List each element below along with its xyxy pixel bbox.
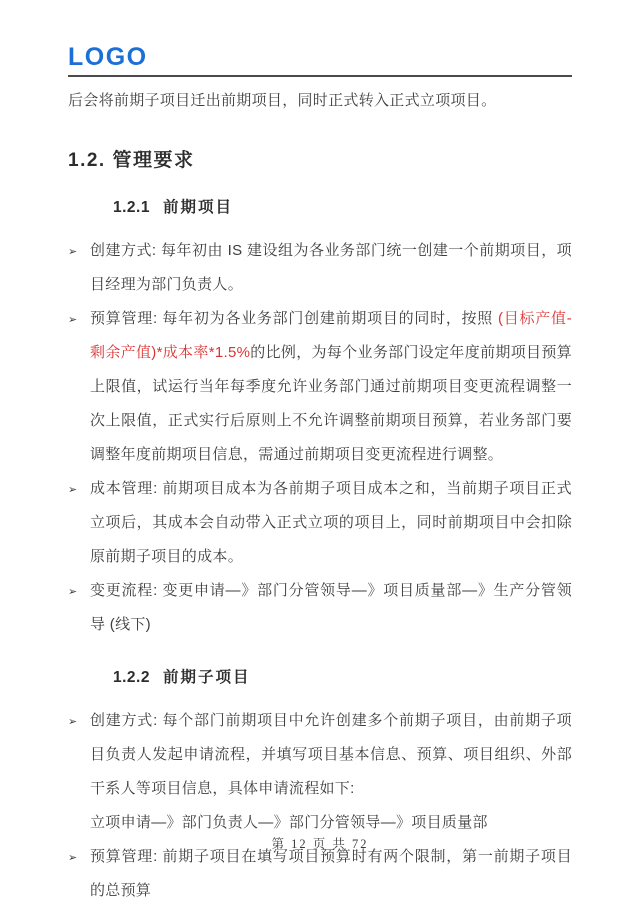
arrow-bullet-icon: ➢ [68,473,78,507]
arrow-bullet-icon: ➢ [68,235,78,269]
arrow-bullet-icon: ➢ [68,575,78,609]
bullet-text: 变更流程: 变更申请—》部门分管领导—》项目质量部—》生产分管领导 (线下) [90,582,572,633]
logo-text: LOGO [68,44,572,70]
bullet-list-1-2-1: ➢ 创建方式: 每年初由 IS 建设组为各业务部门统一创建一个前期项目，项目经理… [68,234,572,642]
intro-paragraph: 后会将前期子项目迁出前期项目，同时正式转入正式立项项目。 [68,84,572,118]
subsection-heading-1-2-2: 1.2.2前期子项目 [113,665,572,687]
bullet-item-change-process: ➢ 变更流程: 变更申请—》部门分管领导—》项目质量部—》生产分管领导 (线下) [68,574,572,642]
bullet-item-cost-management: ➢ 成本管理: 前期项目成本为各前期子项目成本之和，当前期子项目正式立项后，其成… [68,472,572,574]
page-footer: 第 12 页 共 72 [0,834,640,852]
header-rule [68,75,572,77]
bullet-text-pre: 预算管理: 每年初为各业务部门创建前期项目的同时，按照 [90,310,498,327]
arrow-bullet-icon: ➢ [68,705,78,739]
bullet-list-1-2-2: ➢ 创建方式: 每个部门前期项目中允许创建多个前期子项目，由前期子项目负责人发起… [68,704,572,906]
section-heading-1-2: 1.2. 管理要求 [68,145,572,172]
bullet-text: 预算管理: 前期子项目在填写项目预算时有两个限制，第一前期子项目的总预算 [90,848,572,899]
bullet-text: 创建方式: 每年初由 IS 建设组为各业务部门统一创建一个前期项目，项目经理为部… [90,242,572,293]
bullet-text: 成本管理: 前期项目成本为各前期子项目成本之和，当前期子项目正式立项后，其成本会… [90,480,572,565]
arrow-bullet-icon: ➢ [68,303,78,337]
bullet-item-create-method-sub: ➢ 创建方式: 每个部门前期项目中允许创建多个前期子项目，由前期子项目负责人发起… [68,704,572,840]
bullet-item-create-method: ➢ 创建方式: 每年初由 IS 建设组为各业务部门统一创建一个前期项目，项目经理… [68,234,572,302]
bullet-item-budget-management: ➢ 预算管理: 每年初为各业务部门创建前期项目的同时，按照 (目标产值-剩余产值… [68,302,572,472]
subsection-title: 前期项目 [163,199,233,216]
document-page: LOGO 后会将前期子项目迁出前期项目，同时正式转入正式立项项目。 1.2. 管… [0,0,640,906]
subsection-title: 前期子项目 [163,669,251,686]
subsection-number: 1.2.2 [113,669,150,686]
subsection-number: 1.2.1 [113,199,150,216]
subsection-heading-1-2-1: 1.2.1前期项目 [113,195,572,217]
bullet-text-post: 的比例，为每个业务部门设定年度前期项目预算上限值，试运行当年每季度允许业务部门通… [90,344,572,463]
bullet-text: 创建方式: 每个部门前期项目中允许创建多个前期子项目，由前期子项目负责人发起申请… [90,712,572,797]
